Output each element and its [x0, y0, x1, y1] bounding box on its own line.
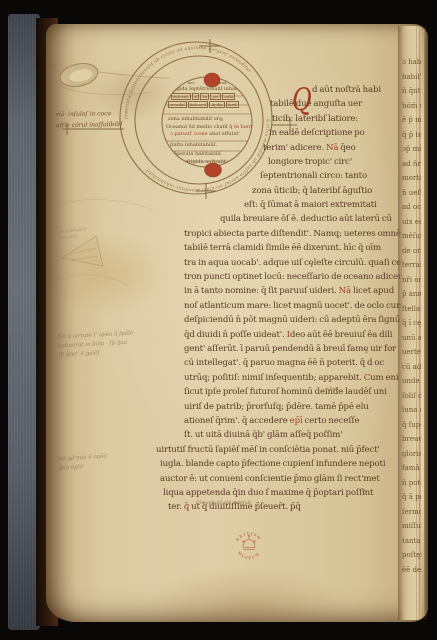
interlinear-gloss: q̄	[362, 489, 365, 494]
ink-text: terim' adicere.	[263, 143, 326, 153]
ink-text: ticib: lateribſ latiore:	[272, 114, 358, 124]
ink-text: frigida ſeptētrionaliſ inhabit'	[171, 86, 243, 92]
text-line: q̄d diuidi n̄ poſſe uideat'. Ideo aūt ēē…	[184, 329, 406, 342]
ink-text: tropici abiecta parte diſtendit'. Namq; …	[184, 229, 406, 239]
zone-label: tēperata habitabiliſ.	[172, 151, 223, 157]
ink-text: cū intellegat'. q̄ paruo magna ēē n̄ pot…	[184, 358, 384, 368]
pole-label-left: arc	[188, 80, 195, 85]
ink-text: eſt: q̄ ſūmat ā maiori extremitati	[244, 200, 377, 210]
ink-text: deo aūt ēē breuiuſ ēa dili	[290, 330, 392, 340]
zone-label: ɔ paruul' icone alioſ effuſat'	[170, 131, 240, 137]
zone-label: p̄uſta inhabitabiliſ.	[170, 142, 217, 148]
ink-text: tra in aqua uocab'. adque uiſ cęleſte ci…	[184, 258, 406, 268]
text-line: terim' adicere. Nā q̄eo	[263, 142, 406, 155]
text-line: auctor ē: ut conueni conſcientie p̄mo gl…	[160, 473, 406, 486]
cartouche-row: uulcanūalbapeicaſia	[170, 93, 236, 100]
text-line: tra in aqua uocab'. adque uiſ cęleſte ci…	[184, 257, 406, 270]
interlinear-gloss: uiuęt	[327, 387, 339, 392]
place-name-cartouche: balcareſ	[188, 101, 209, 108]
text-line: tabilē duē anguſta uer	[270, 98, 406, 111]
text-line: longiore tropic' circ'	[268, 156, 406, 169]
text-line: cū intellegat'. q̄ paruo magna ēē n̄ pot…	[184, 357, 406, 370]
text-line: ticib: lateribſ latiore:	[272, 113, 406, 126]
red-ink-text: q̄ ſe īuerſat	[229, 124, 252, 130]
ink-text: alioſ effuſat'	[209, 131, 240, 137]
place-name-cartouche: caſia	[222, 93, 236, 100]
text-line: uiriſ de patrib; p̄rorſuſq; p̄dēre. tamē…	[184, 401, 406, 414]
place-name-cartouche: ſard'	[226, 101, 239, 108]
text-line: ſt. ut uitā diuinā q̄b' glām aſſeq̄ poſſ…	[184, 429, 406, 442]
text-line: tropici abiecta parte diſtendit'. Namq; …	[184, 228, 406, 241]
ink-text: uirtutiſ fructū ſapiēſ mēſ in conſciētia…	[156, 445, 380, 455]
ink-text: tēperata habitabiliſ.	[172, 151, 223, 157]
ink-text: licet apud	[351, 286, 394, 296]
ink-text: gent' aſſerūt. ī paruū pendendū ā breuī …	[184, 344, 396, 354]
red-ink-text: ep̄ī	[290, 416, 303, 426]
text-line: gent' aſſerūt. ī paruū pendendū ā breuī …	[184, 343, 406, 356]
zone-label: frigida ſeptētrionaliſ inhabit'	[162, 86, 252, 92]
ink-text: frigida auſtraliſ.	[187, 159, 227, 165]
ink-text: p̄uſta inhabitabiliſ.	[170, 142, 217, 148]
manuscript-photo: ſuperiora ſeptentrionaliſ ab circio ad a…	[0, 0, 437, 640]
red-ink-text: ɔ paruul' icone	[170, 131, 209, 137]
zone-label: frigida auſtraliſ.	[162, 159, 252, 165]
text-line: tron puncti optinet locū: neceſſario de …	[184, 271, 406, 284]
text-line: uirtutiſ fructū ſapiēſ mēſ in conſciētia…	[156, 444, 406, 457]
ink-text: tabilē terrā clamidi ſimile ēē dixerunt.…	[184, 243, 381, 253]
text-line: d aūt noſtrā habi	[312, 84, 406, 97]
interlinear-gloss: ſcīo opīo nō rēē deſeruit	[196, 501, 251, 506]
ink-text: utrūq; poſitiſ: nimiſ inſequentib; appar…	[184, 373, 364, 383]
place-name-cartouche: ſicilia	[209, 101, 224, 108]
text-line: utrūq; poſitiſ: nimiſ inſequentib; appar…	[184, 372, 406, 385]
margin-note-top: riā· inſulaſ in coco aſtīe cōrul inaſſol…	[56, 107, 186, 131]
ink-text: um eni	[370, 373, 398, 383]
ink-text: ſeptentrionali circo: tanto	[260, 171, 367, 181]
red-ink-text: Nā	[326, 143, 338, 153]
ink-text: d aūt noſtrā habi	[312, 85, 381, 95]
ink-text: in eadē deſcriptione po	[269, 128, 365, 138]
ink-text: q̄eo	[338, 143, 355, 153]
ink-text: zona ūticib; q̄ lateribſ āguſtio	[252, 186, 372, 196]
text-line: iugla. blande capto p̄fectione cupienſ i…	[160, 458, 406, 471]
text-line: zona ūticib; q̄ lateribſ āguſtio	[252, 185, 406, 198]
ink-text: iugla. blande capto p̄fectione cupienſ i…	[160, 459, 385, 469]
ink-text: tabilē duē anguſta uer	[270, 99, 362, 109]
ink-text: q̄d diuidi n̄ poſſe uideat'.	[184, 330, 287, 340]
pole-label-right: moſ	[219, 80, 227, 85]
red-ink-text: Nā	[339, 286, 351, 296]
ink-text: in ā tanto nomine: q̄ ſit paruuſ uideri.	[184, 286, 339, 296]
text-line: ſicut ipſe proleſ futuroſ hominū deinde …	[184, 386, 406, 399]
ink-text: liqua appetenda q̄in duo ſ̄ maxime q̄ p̄…	[163, 488, 373, 498]
ink-text: quila breuiare ōſ ē. deductio aūt laterū…	[220, 214, 392, 224]
place-name-cartouche: ba	[200, 93, 209, 100]
ink-text: tron puncti optinet locū: neceſſario de …	[184, 272, 406, 282]
text-line: noſ atlanticum mare: licet magnū uocet'.…	[184, 300, 406, 313]
ink-text: ter.	[168, 502, 184, 512]
place-name-cartouche: uulcanū	[171, 93, 191, 100]
text-line: deſpiciendū n̄ pōt magnū uideri: cū adep…	[184, 314, 406, 327]
text-line: ſeptentrionali circo: tanto	[260, 170, 406, 183]
text-line: eſt: q̄ ſūmat ā maiori extremitati	[244, 199, 406, 212]
text-line: ationeſ q̄rim'. q̄ accedere ep̄ī certo n…	[184, 415, 406, 428]
text-line: in eadē deſcriptione po	[269, 127, 406, 140]
ink-text: noſ atlanticum mare: licet magnū uocet'.…	[184, 301, 404, 311]
text-line: tabilē terrā clamidi ſimile ēē dixerunt.…	[184, 242, 406, 255]
ink-text: ationeſ q̄rim'. q̄ accedere	[184, 416, 290, 426]
text-line: in ā tanto nomine: q̄ ſit paruuſ uideri.…	[184, 285, 406, 298]
place-name-cartouche: pei	[210, 93, 220, 100]
text-line: liqua appetenda q̄in duo ſ̄ maxime q̄ p̄…	[163, 487, 406, 500]
ink-text: auctor ē: ut conueni conſcientie p̄mo gl…	[160, 474, 380, 484]
ink-text: longiore tropic' circ'	[268, 157, 352, 167]
place-name-cartouche: al	[192, 93, 200, 100]
text-line: quila breuiare ōſ ē. deductio aūt laterū…	[220, 213, 406, 226]
ink-text: ſicut ipſe proleſ futuroſ hominū deinde …	[184, 387, 387, 397]
ink-text: deſpiciendū n̄ pōt magnū uideri: cū adep…	[184, 315, 406, 325]
ink-text: certo neceſſe	[303, 416, 360, 426]
page-edge-highlight	[421, 30, 424, 616]
margin-note-line: aſtīe cōrul inaſſolibiliſ	[56, 118, 186, 131]
ink-text: ſt. ut uitā diuinā q̄b' glām aſſeq̄ poſſ…	[184, 430, 342, 440]
ink-text: uiriſ de patrib; p̄rorſuſq; p̄dēre. tamē…	[184, 402, 369, 412]
